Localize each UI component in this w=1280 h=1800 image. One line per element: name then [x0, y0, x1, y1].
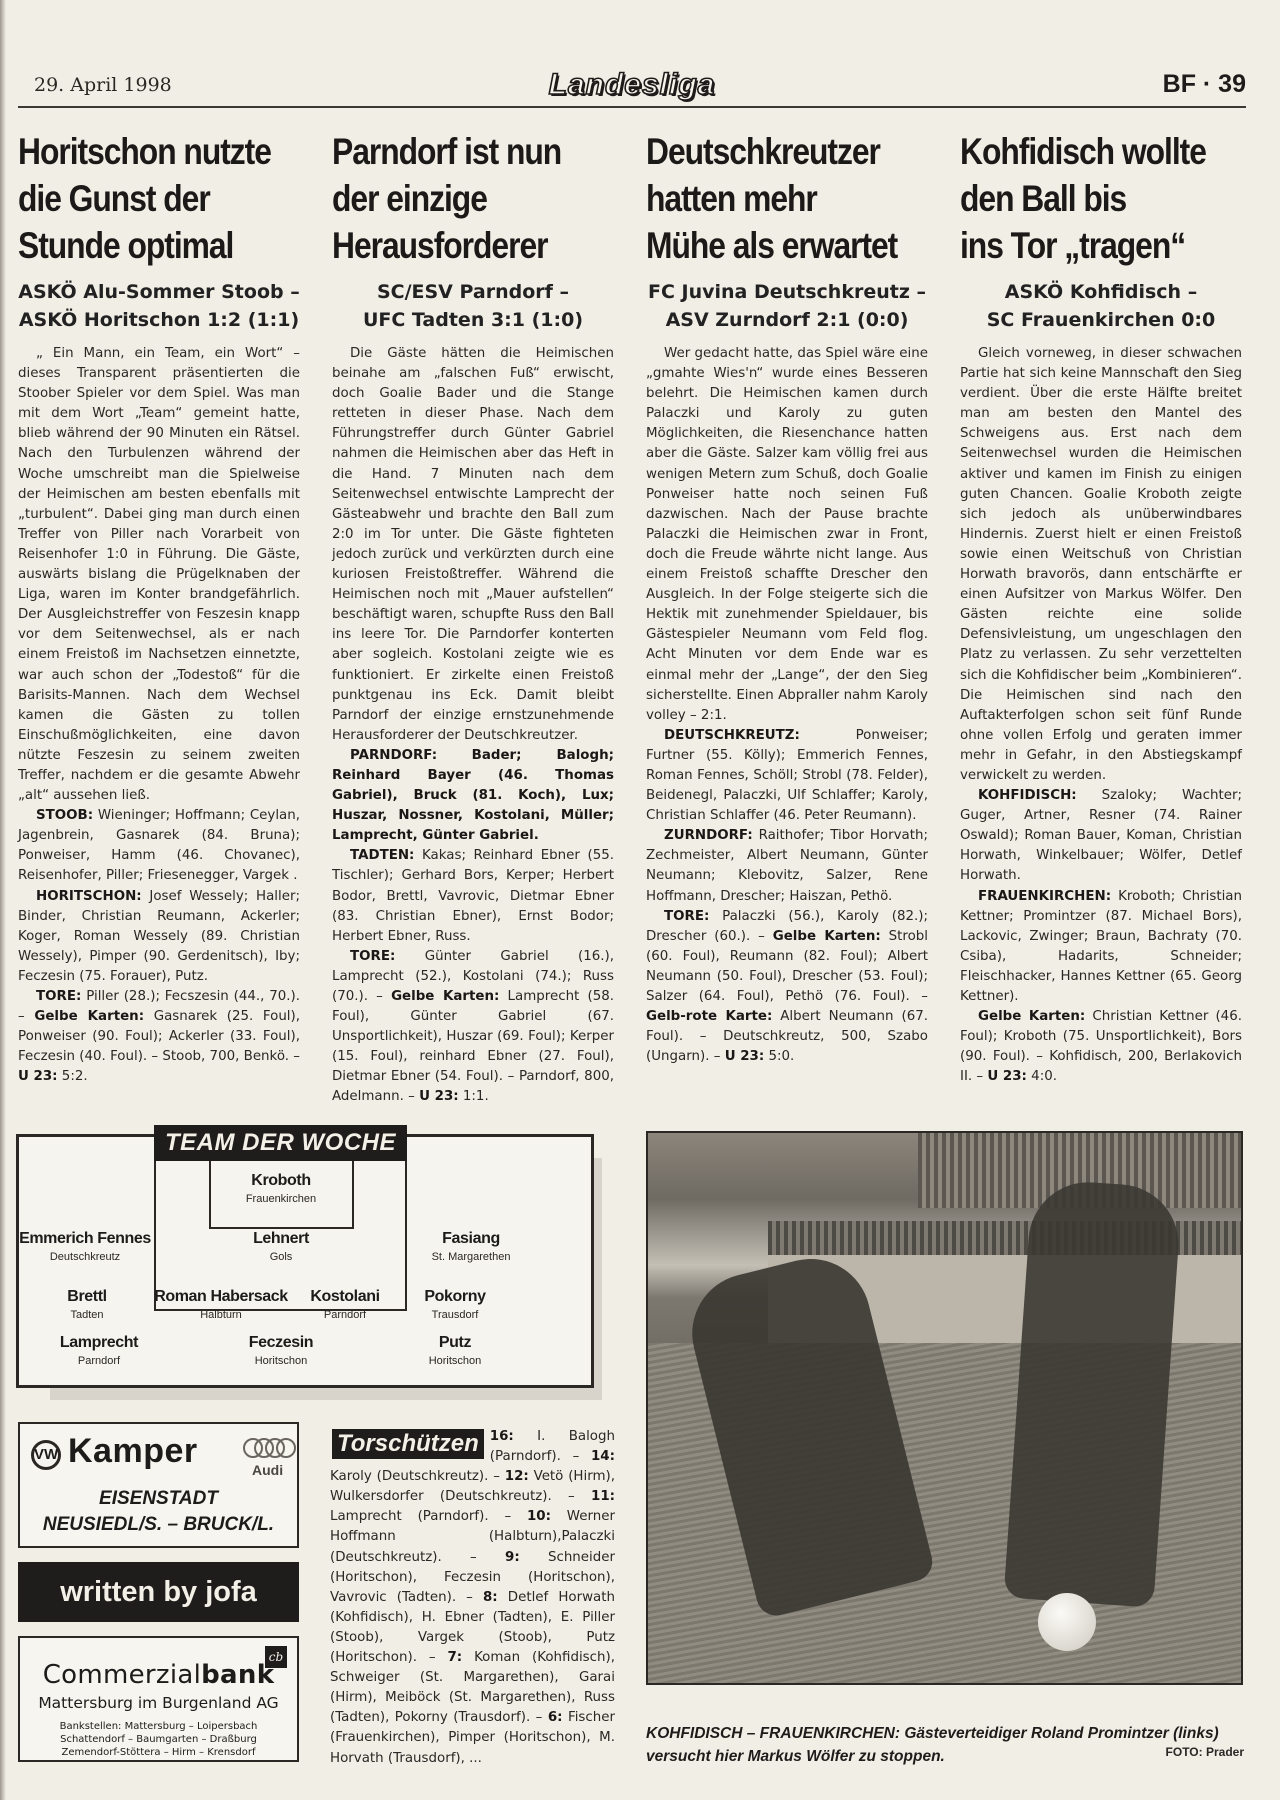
player-defender-right: Fasiang St. Margarethen — [391, 1229, 551, 1266]
report-text: Gleich vorneweg, in dieser schwachen Par… — [960, 344, 1242, 786]
article-body: Die Gäste hätten die Heimischen beinahe … — [332, 344, 614, 1108]
article-stoob-horitschon: Horitschon nutzte die Gunst der Stunde o… — [18, 128, 300, 1087]
article-kohfidisch-frauenkirchen: Kohfidisch wollte den Ball bis ins Tor „… — [960, 128, 1242, 1087]
article-headline: Deutschkreutzer hatten mehr Mühe als erw… — [646, 128, 930, 278]
player-defender-center: Lehnert Gols — [201, 1229, 361, 1266]
bank-name: Commerzialbank — [20, 1660, 297, 1690]
football-icon — [1038, 1593, 1096, 1651]
lineup-home: DEUTSCHKREUTZ: Ponweiser; Furtner (55. K… — [646, 726, 928, 826]
top-scorers-label: Torschützen — [332, 1429, 484, 1459]
lineup-home: PARNDORF: Bader; Balogh; Reinhard Bayer … — [332, 746, 614, 846]
match-stats: TORE: Piller (28.); Fecszesin (44., 70.)… — [18, 987, 300, 1087]
match-stats: TORE: Günter Gabriel (16.), Lamprecht (5… — [332, 947, 614, 1108]
player-goalkeeper: Kroboth Frauenkirchen — [201, 1171, 361, 1208]
lineup-away: HORITSCHON: Josef Wessely; Haller; Binde… — [18, 887, 300, 987]
ad-brand-name: Kamper — [68, 1432, 198, 1471]
bank-subtitle: Mattersburg im Burgenland AG — [20, 1694, 297, 1712]
ad-kamper: VW Kamper Audi EISENSTADT NEUSIEDL/S. – … — [18, 1422, 299, 1548]
match-stats: Gelbe Karten: Christian Kettner (46. Fou… — [960, 1007, 1242, 1087]
player-forward-left: Lamprecht Parndorf — [29, 1333, 169, 1370]
article-headline: Kohfidisch wollte den Ball bis ins Tor „… — [960, 128, 1244, 278]
match-reports: Horitschon nutzte die Gunst der Stunde o… — [18, 128, 1244, 1108]
player-forward-center: Feczesin Horitschon — [201, 1333, 361, 1370]
header-rule — [18, 106, 1246, 108]
report-text: „ Ein Mann, ein Team, ein Wort“ – dieses… — [18, 344, 300, 806]
photo-credit: FOTO: Prader — [1166, 1745, 1244, 1759]
match-result: ASKÖ Kohfidisch – SC Frauenkirchen 0:0 — [960, 278, 1242, 344]
page-header: 29. April 1998 Landesliga BF · 39 — [18, 68, 1246, 108]
audi-wordmark: Audi — [252, 1462, 283, 1478]
match-photo — [646, 1131, 1243, 1685]
author-banner: written by jofa — [18, 1562, 299, 1622]
section-title: Landesliga — [18, 68, 1246, 102]
article-parndorf-tadten: Parndorf ist nun der einzige Herausforde… — [332, 128, 614, 1108]
match-result: SC/ESV Parndorf – UFC Tadten 3:1 (1:0) — [332, 278, 614, 344]
player-forward-right: Putz Horitschon — [375, 1333, 535, 1370]
match-result: FC Juvina Deutschkreutz – ASV Zurndorf 2… — [646, 278, 928, 344]
ad-location-2: NEUSIEDL/S. – BRUCK/L. — [20, 1514, 297, 1536]
player-midfield-1: Brettl Tadten — [17, 1287, 157, 1324]
match-result: ASKÖ Alu-Sommer Stoob – ASKÖ Horitschon … — [18, 278, 300, 344]
bank-branches: Bankstellen: Mattersburg – Loipersbach S… — [20, 1720, 297, 1759]
lineup-away: TADTEN: Kakas; Reinhard Ebner (55. Tisch… — [332, 846, 614, 946]
article-body: Wer gedacht hatte, das Spiel wäre eine „… — [646, 344, 928, 1067]
ad-commerzialbank: cb Commerzialbank Mattersburg im Burgenl… — [18, 1636, 299, 1762]
lineup-home: KOHFIDISCH: Szaloky; Wachter; Guger, Art… — [960, 786, 1242, 886]
article-headline: Parndorf ist nun der einzige Herausforde… — [332, 128, 616, 278]
article-body: Gleich vorneweg, in dieser schwachen Par… — [960, 344, 1242, 1087]
page-number: BF · 39 — [1163, 70, 1246, 99]
audi-rings-icon — [243, 1438, 297, 1458]
photo-attacker — [1004, 1178, 1183, 1607]
player-midfield-4: Pokorny Trausdorf — [375, 1287, 535, 1324]
report-text: Die Gäste hätten die Heimischen beinahe … — [332, 344, 614, 746]
ad-location-1: EISENSTADT — [20, 1488, 297, 1510]
player-defender-left: Emmerich Fennes Deutschkreutz — [15, 1229, 155, 1266]
lineup-home: STOOB: Wieninger; Hoffmann; Ceylan, Jage… — [18, 806, 300, 886]
vw-logo-icon: VW — [31, 1440, 61, 1470]
article-body: „ Ein Mann, ein Team, ein Wort“ – dieses… — [18, 344, 300, 1087]
lineup-away: FRAUENKIRCHEN: Kroboth; Christian Kettne… — [960, 887, 1242, 1008]
photo-caption: KOHFIDISCH – FRAUENKIRCHEN: Gästeverteid… — [646, 1722, 1246, 1768]
team-of-week-title: TEAM DER WOCHE — [154, 1125, 407, 1161]
article-deutschkreutz-zurndorf: Deutschkreutzer hatten mehr Mühe als erw… — [646, 128, 928, 1067]
match-stats: TORE: Palaczki (56.), Karoly (82.); Dres… — [646, 907, 928, 1068]
article-headline: Horitschon nutzte die Gunst der Stunde o… — [18, 128, 302, 278]
team-of-week: TEAM DER WOCHE Kroboth Frauenkirchen Emm… — [16, 1134, 594, 1388]
lineup-away: ZURNDORF: Raithofer; Tibor Horvath; Zech… — [646, 826, 928, 906]
report-text: Wer gedacht hatte, das Spiel wäre eine „… — [646, 344, 928, 726]
top-scorers: Torschützen 16: I. Balogh (Parndorf). – … — [330, 1427, 615, 1769]
page-spine-shadow — [0, 0, 6, 1800]
